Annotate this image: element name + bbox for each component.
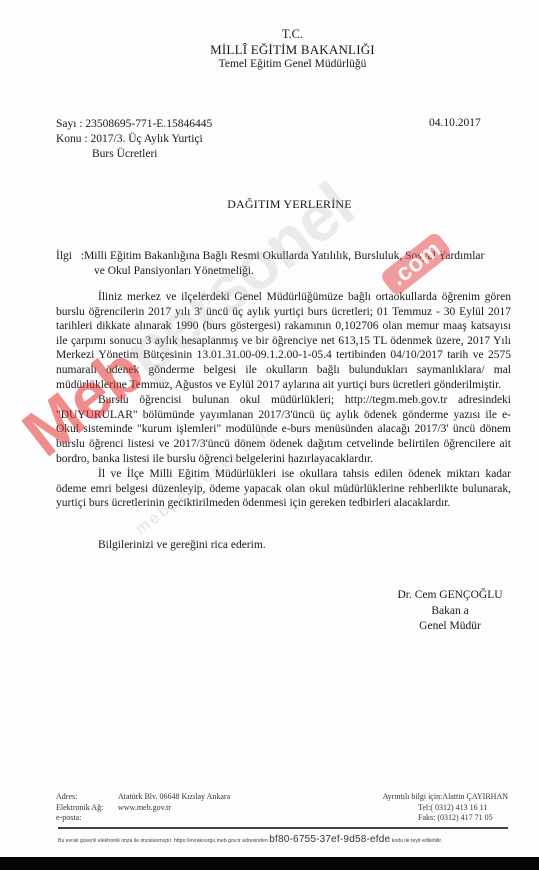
document-number: : 23508695-771-E.15846445 [79, 118, 212, 130]
document-date: 04.10.2017 [429, 117, 481, 129]
letterhead: T.C. MİLLÎ EĞİTİM BAKANLIĞI Temel Eğitim… [0, 27, 539, 72]
signature-block: Dr. Cem GENÇOĞLU Bakan a Genel Müdür [390, 588, 510, 635]
letter-body: İliniz merkez ve ilçelerdeki Genel Müdür… [56, 290, 511, 512]
country-label: T.C. [0, 27, 539, 42]
subject-line-2: Burs Ücretleri [56, 147, 212, 162]
ministry-name: MİLLÎ EĞİTİM BAKANLIĞI [0, 42, 539, 57]
verification-prefix: Bu evrak güvenli elektronik imza ile imz… [58, 838, 268, 844]
document-meta: Sayı : 23508695-771-E.15846445 Konu : 20… [56, 117, 212, 162]
footer-address: Adres:Atatürk Blv. 06648 Kızılay Ankara … [56, 792, 230, 824]
paragraph: İliniz merkez ve ilçelerdeki Genel Müdür… [56, 290, 511, 392]
web-link[interactable]: www.meb.gov.tr [118, 803, 171, 812]
email-label: e-posta: [56, 813, 118, 824]
verification-code: bf80-6755-37ef-9d58-efde [269, 834, 390, 845]
directorate-name: Temel Eğitim Genel Müdürlüğü [0, 57, 539, 72]
web-label: Elektronik Ağ: [56, 803, 118, 814]
document-page: T.C. MİLLÎ EĞİTİM BAKANLIĞI Temel Eğitim… [0, 0, 539, 857]
subject-row: Konu : 2017/3. Üç Aylık Yurtiçi [56, 132, 212, 147]
subject-line-1: : 2017/3. Üç Aylık Yurtiçi [84, 133, 202, 145]
fax-number: Faks: (0312) 417 71 05 [364, 813, 508, 824]
number-label: Sayı [56, 118, 76, 130]
contact-person: Ayrıntılı bilgi için:Alattin ÇAYIRHAN [364, 792, 508, 803]
address-label: Adres: [56, 792, 118, 803]
signatory-name: Dr. Cem GENÇOĞLU [390, 588, 510, 604]
footer-contact: Ayrıntılı bilgi için:Alattin ÇAYIRHAN Te… [364, 792, 508, 824]
verification-suffix: kodu ile teyit edilebilir. [392, 838, 442, 844]
signatory-title: Genel Müdür [390, 619, 510, 635]
signatory-proxy: Bakan a [390, 604, 510, 620]
number-row: Sayı : 23508695-771-E.15846445 [56, 117, 212, 132]
footer-divider [58, 827, 508, 829]
reference-line-2: ve Okul Pansiyonları Yönetmeliği. [56, 264, 511, 279]
closing-line: Bilgilerinizi ve gereğini rica ederim. [98, 539, 266, 551]
subject-label: Konu [56, 133, 82, 145]
reference-label: İlgi [56, 249, 78, 264]
paragraph: Burslu öğrencisi bulunan okul müdürlükle… [56, 393, 511, 466]
reference-line-1: :Milli Eğitim Bakanlığına Bağlı Resmi Ok… [81, 250, 484, 262]
recipient-heading: DAĞITIM YERLERİNE [0, 197, 539, 212]
scan-border [0, 857, 539, 870]
phone-number: Tel:( 0312) 413 16 11 [364, 803, 508, 814]
address-value: Atatürk Blv. 06648 Kızılay Ankara [118, 792, 230, 801]
verification-line: Bu evrak güvenli elektronik imza ile imz… [58, 834, 518, 845]
reference: İlgi :Milli Eğitim Bakanlığına Bağlı Res… [56, 249, 511, 278]
paragraph: İl ve İlçe Milli Eğitim Müdürlükleri ise… [56, 467, 511, 511]
